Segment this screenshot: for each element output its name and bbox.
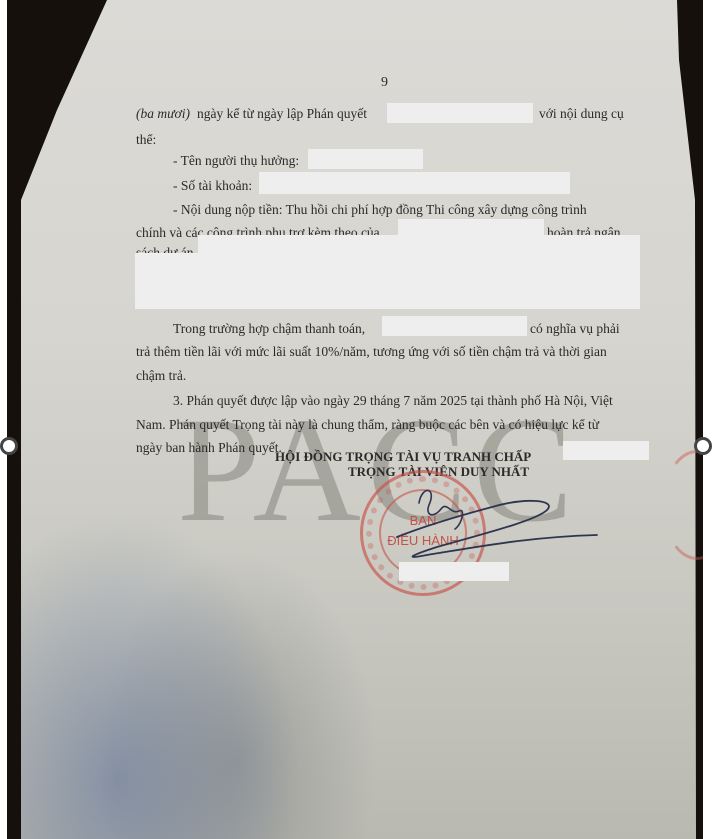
text-line2: thể:: [136, 133, 156, 147]
page-number: 9: [381, 76, 388, 90]
crop-handle-right[interactable]: [694, 437, 712, 455]
redaction-box: [259, 172, 570, 194]
tribunal-title: HỘI ĐỒNG TRỌNG TÀI VỤ TRANH CHẤP: [275, 450, 531, 463]
text-clause3-line2: Nam. Phán quyết Trọng tài này là chung t…: [136, 418, 599, 432]
redaction-box-large: [135, 253, 640, 309]
text-line1-end: với nội dung cụ: [539, 107, 624, 121]
text-late-payment-end: có nghĩa vụ phải: [530, 322, 620, 336]
text-late-return: chậm trả.: [136, 369, 186, 383]
text-line1: ngày kể từ ngày lập Phán quyết: [197, 107, 367, 121]
photo-frame: PACC 9 (ba mươi) ngày kể từ ngày lập Phá…: [7, 0, 703, 839]
text-clause3-line3: ngày ban hành Phán quyết.: [136, 441, 282, 455]
text-interest: trả thêm tiền lãi với mức lãi suất 10%/n…: [136, 345, 607, 359]
redaction-box: [198, 235, 640, 253]
redaction-box: [387, 103, 533, 123]
redaction-box: [563, 441, 649, 460]
text-account-label: - Số tài khoản:: [173, 179, 252, 193]
text-beneficiary-label: - Tên người thụ hưởng:: [173, 154, 299, 168]
redaction-box: [382, 316, 527, 336]
text-late-payment: Trong trường hợp chậm thanh toán,: [173, 322, 365, 336]
redaction-box-name: [399, 562, 509, 581]
text-clause3: 3. Phán quyết được lập vào ngày 29 tháng…: [173, 394, 613, 408]
crop-handle-left[interactable]: [0, 437, 18, 455]
redaction-box: [308, 149, 423, 169]
text-ba-muoi: (ba mươi): [136, 107, 190, 121]
text-payment-content: - Nội dung nộp tiền: Thu hồi chi phí hợp…: [173, 203, 587, 217]
